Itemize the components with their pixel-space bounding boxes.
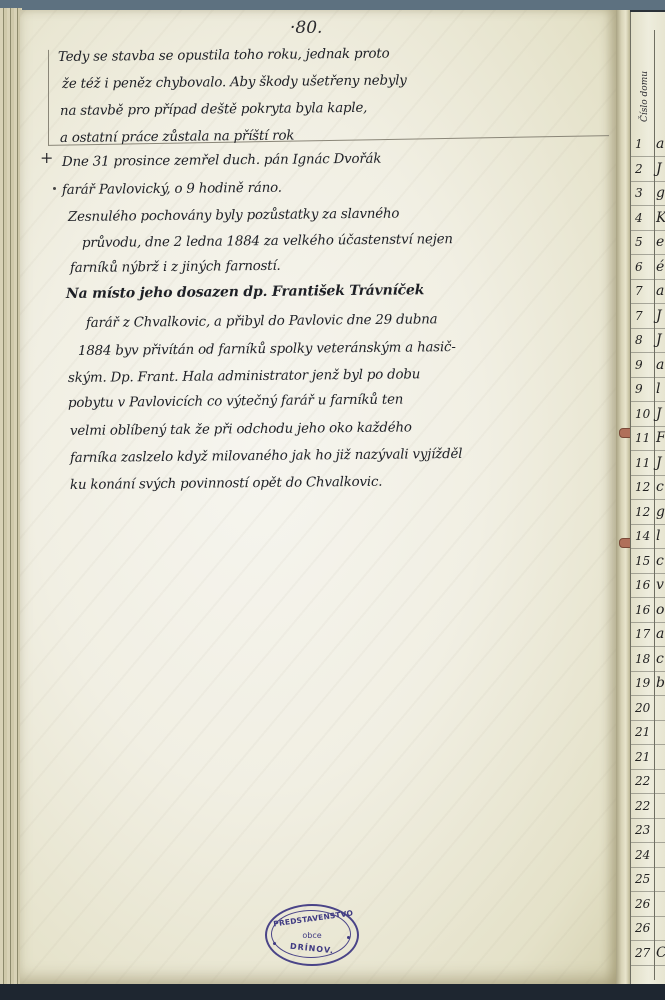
register-entry-initial: J <box>656 455 662 471</box>
register-house-number: 19 <box>635 676 650 690</box>
register-row: 16o <box>631 600 665 623</box>
book-gutter <box>616 10 630 984</box>
register-entry-initial: o <box>656 602 664 618</box>
register-header: Číslo domu <box>633 32 663 132</box>
register-row: 24 <box>631 845 665 868</box>
register-house-number: 2 <box>635 162 643 176</box>
register-entry-initial: c <box>656 479 664 495</box>
register-house-number: 11 <box>635 431 650 445</box>
register-house-number: 20 <box>635 701 650 715</box>
register-row: 1a <box>631 134 665 157</box>
register-row: 4K <box>631 208 665 231</box>
register-row: 6é <box>631 257 665 280</box>
register-house-number: 4 <box>635 211 643 225</box>
register-house-number: 23 <box>635 823 650 837</box>
register-entry-initial: a <box>656 357 664 373</box>
register-entry-initial: g <box>656 504 665 520</box>
register-row: 23 <box>631 820 665 843</box>
register-house-number: 16 <box>635 603 650 617</box>
register-row: 11J <box>631 453 665 476</box>
register-row: 2J <box>631 159 665 182</box>
handwritten-line: a ostatní práce zůstala na příští rok <box>60 129 294 146</box>
register-house-number: 21 <box>635 750 650 764</box>
register-row: 21 <box>631 747 665 770</box>
register-house-number: 14 <box>635 529 650 543</box>
register-entry-initial: a <box>656 283 664 299</box>
register-entry-initial: F <box>656 430 665 446</box>
handwritten-line: farníků nýbrž i z jiných farností. <box>70 259 281 276</box>
register-entry-initial: l <box>656 381 660 397</box>
register-row: 12g <box>631 502 665 525</box>
stamp-middle-text: obce <box>267 931 357 940</box>
register-entry-initial: g <box>656 185 665 201</box>
photo-background-bottom <box>0 982 665 1000</box>
register-row: 27C <box>631 943 665 966</box>
register-house-number: 8 <box>635 333 643 347</box>
register-row: 18c <box>631 649 665 672</box>
register-row: 14l <box>631 526 665 549</box>
register-entry-initial: K <box>656 210 665 226</box>
register-entry-initial: l <box>656 528 660 544</box>
register-house-number: 12 <box>635 505 650 519</box>
register-entry-initial: a <box>656 136 664 152</box>
register-house-number: 21 <box>635 725 650 739</box>
register-row: 19b <box>631 673 665 696</box>
register-house-number: 22 <box>635 774 650 788</box>
register-row: 7J <box>631 306 665 329</box>
register-row: 3g <box>631 183 665 206</box>
stamp-dot-icon <box>347 936 350 939</box>
register-house-number: 22 <box>635 799 650 813</box>
register-entry-initial: J <box>656 332 662 348</box>
register-house-number: 17 <box>635 627 650 641</box>
register-row: 8J <box>631 330 665 353</box>
register-house-number: 12 <box>635 480 650 494</box>
register-row: 26 <box>631 918 665 941</box>
register-entry-initial: e <box>656 234 664 250</box>
register-row: 5e <box>631 232 665 255</box>
register-house-number: 9 <box>635 382 643 396</box>
register-house-number: 16 <box>635 578 650 592</box>
register-house-number: 9 <box>635 358 643 372</box>
register-house-number: 3 <box>635 186 643 200</box>
register-entry-initial: C <box>656 945 665 961</box>
register-house-number: 11 <box>635 456 650 470</box>
register-row: 12c <box>631 477 665 500</box>
register-row: 11F <box>631 428 665 451</box>
photo-background-top <box>0 0 665 10</box>
register-row: 9l <box>631 379 665 402</box>
stacked-page-edges <box>0 8 22 984</box>
register-house-number: 7 <box>635 284 643 298</box>
register-row: 25 <box>631 869 665 892</box>
register-entry-initial: J <box>656 161 662 177</box>
register-house-number: 18 <box>635 652 650 666</box>
facing-page-register: Číslo domu 1a2J3g4K5e6é7a7J8J9a9l10J11F1… <box>630 12 665 984</box>
register-house-number: 6 <box>635 260 643 274</box>
register-entry-initial: a <box>656 626 664 642</box>
margin-cross-mark: + <box>40 148 53 167</box>
register-row: 22 <box>631 796 665 819</box>
register-row: 7a <box>631 281 665 304</box>
register-row: 17a <box>631 624 665 647</box>
register-row: 16v <box>631 575 665 598</box>
page-number: ·80. <box>290 18 322 38</box>
register-row: 10J <box>631 404 665 427</box>
register-row: 21 <box>631 722 665 745</box>
register-row: 20 <box>631 698 665 721</box>
register-house-number: 7 <box>635 309 643 323</box>
register-house-number: 24 <box>635 848 650 862</box>
margin-dot-mark <box>53 187 56 190</box>
register-house-number: 27 <box>635 946 650 960</box>
register-entry-initial: b <box>656 675 665 691</box>
register-house-number: 10 <box>635 407 650 421</box>
register-row: 15c <box>631 551 665 574</box>
register-entry-initial: c <box>656 553 664 569</box>
handwritten-line: farář Pavlovický, o 9 hodině ráno. <box>62 181 282 198</box>
register-row: 9a <box>631 355 665 378</box>
register-house-number: 25 <box>635 872 650 886</box>
register-entry-initial: é <box>656 259 664 275</box>
register-entry-initial: J <box>656 308 662 324</box>
register-entry-initial: c <box>656 651 664 667</box>
register-house-number: 1 <box>635 137 643 151</box>
register-house-number: 26 <box>635 897 650 911</box>
register-entry-initial: v <box>656 577 664 593</box>
register-house-number: 15 <box>635 554 650 568</box>
register-header-label: Číslo domu <box>640 42 650 122</box>
register-entry-initial: J <box>656 406 662 422</box>
municipal-stamp: PŘEDSTAVENSTVO obce DRÍNOV. <box>265 904 359 966</box>
stamp-dot-icon <box>273 942 276 945</box>
register-house-number: 26 <box>635 921 650 935</box>
register-row: 26 <box>631 894 665 917</box>
register-house-number: 5 <box>635 235 643 249</box>
register-row: 22 <box>631 771 665 794</box>
